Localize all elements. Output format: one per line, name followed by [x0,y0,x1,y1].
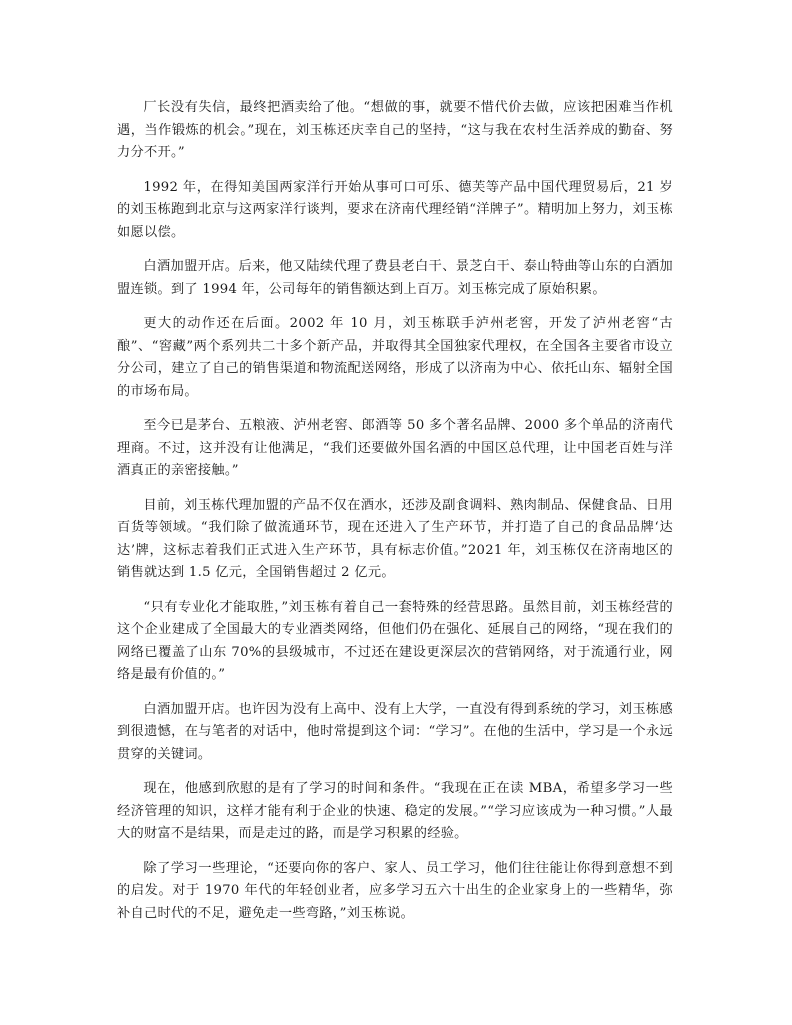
paragraph-7: “只有专业化才能取胜，”刘玉栋有着自己一套特殊的经营思路。虽然目前，刘玉栋经营的… [117,597,673,687]
document-page: 厂长没有失信，最终把酒卖给了他。“想做的事，就要不惜代价去做，应该把困难当作机遇… [117,97,673,937]
paragraph-2: 1992 年，在得知美国两家洋行开始从事可口可乐、德芙等产品中国代理贸易后，21… [117,177,673,245]
paragraph-6: 目前，刘玉栋代理加盟的产品不仅在酒水，还涉及副食调料、熟肉制品、保健食品、日用百… [117,495,673,585]
paragraph-9: 现在，他感到欣慰的是有了学习的时间和条件。“我现在正在读 MBA，希望多学习一些… [117,778,673,846]
paragraph-4: 更大的动作还在后面。2002 年 10 月，刘玉栋联手泸州老窖，开发了泸州老窖“… [117,313,673,403]
paragraph-5: 至今已是茅台、五粮液、泸州老窖、郎酒等 50 多个著名品牌、2000 多个单品的… [117,415,673,483]
paragraph-10: 除了学习一些理论，“还要向你的客户、家人、员工学习，他们往往能让你得到意想不到的… [117,858,673,926]
paragraph-1: 厂长没有失信，最终把酒卖给了他。“想做的事，就要不惜代价去做，应该把困难当作机遇… [117,97,673,165]
paragraph-3: 白酒加盟开店。后来，他又陆续代理了费县老白干、景芝白干、泰山特曲等山东的白酒加盟… [117,256,673,301]
paragraph-8: 白酒加盟开店。也许因为没有上高中、没有上大学，一直没有得到系统的学习，刘玉栋感到… [117,699,673,767]
